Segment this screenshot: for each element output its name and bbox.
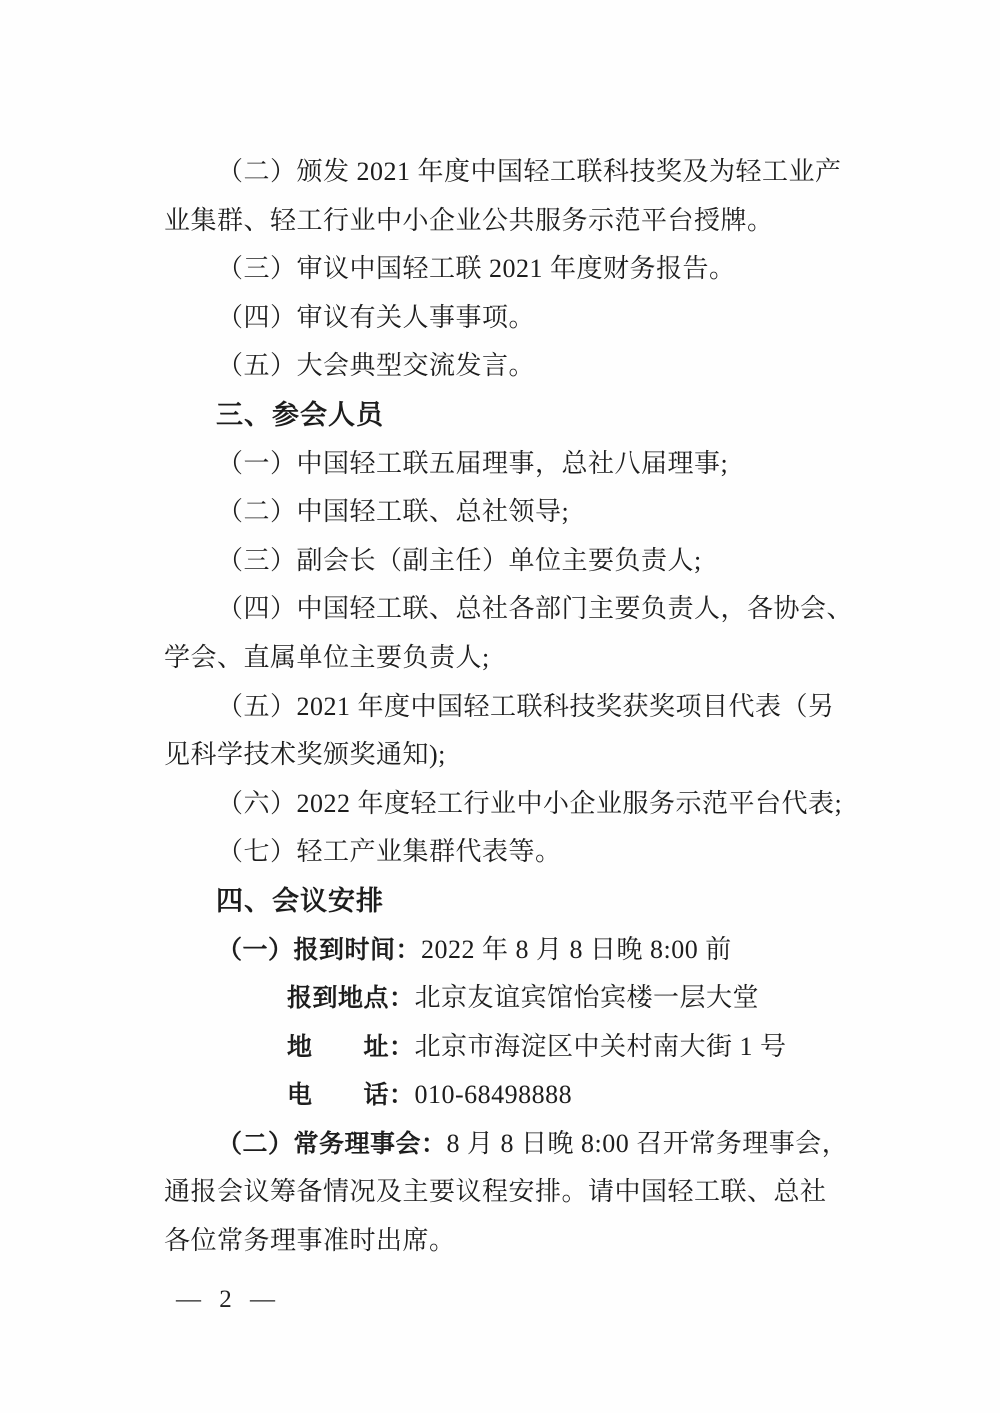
text-line: （二）中国轻工联、总社领导;	[164, 488, 884, 537]
text-line: 地 址：北京市海淀区中关村南大街 1 号	[164, 1023, 884, 1072]
line-text: 学会、直属单位主要负责人;	[164, 643, 490, 672]
line-text: （六）2022 年度轻工行业中小企业服务示范平台代表;	[217, 789, 842, 818]
line-text: 见科学技术奖颁奖通知);	[164, 740, 446, 769]
line-text: （二）中国轻工联、总社领导;	[217, 497, 569, 526]
text-line: （六）2022 年度轻工行业中小企业服务示范平台代表;	[164, 780, 884, 829]
line-text: 三、参会人员	[216, 400, 384, 430]
document-page: （二）颁发 2021 年度中国轻工联科技奖及为轻工业产业集群、轻工行业中小企业公…	[0, 0, 1000, 1413]
line-text: （一）中国轻工联五届理事，总社八届理事;	[217, 449, 728, 478]
section-heading: 三、参会人员	[164, 391, 884, 440]
line-text: （五）大会典型交流发言。	[217, 351, 535, 380]
line-label: 电 话：	[287, 1081, 415, 1109]
text-line: 见科学技术奖颁奖通知);	[164, 731, 884, 780]
line-text: （三）审议中国轻工联 2021 年度财务报告。	[217, 254, 736, 283]
line-text: （五）2021 年度中国轻工联科技奖获奖项目代表（另	[217, 692, 835, 721]
text-line: （一）报到时间：2022 年 8 月 8 日晚 8:00 前	[164, 926, 884, 975]
line-label: 报到地点：	[287, 984, 415, 1012]
line-label: 地 址：	[287, 1033, 415, 1061]
text-line: 学会、直属单位主要负责人;	[164, 634, 884, 683]
text-line: （三）审议中国轻工联 2021 年度财务报告。	[164, 245, 884, 294]
line-text: 北京市海淀区中关村南大街 1 号	[415, 1032, 787, 1061]
text-line: （二）常务理事会：8 月 8 日晚 8:00 召开常务理事会，	[164, 1120, 884, 1169]
text-line: （一）中国轻工联五届理事，总社八届理事;	[164, 440, 884, 489]
text-line: （四）审议有关人事事项。	[164, 294, 884, 343]
text-line: （五）2021 年度中国轻工联科技奖获奖项目代表（另	[164, 683, 884, 732]
line-text: （二）颁发 2021 年度中国轻工联科技奖及为轻工业产	[217, 157, 842, 186]
line-text: 四、会议安排	[216, 886, 384, 916]
line-text: 2022 年 8 月 8 日晚 8:00 前	[421, 935, 732, 964]
line-text: 8 月 8 日晚 8:00 召开常务理事会，	[447, 1129, 849, 1158]
line-text: （三）副会长（副主任）单位主要负责人;	[217, 546, 702, 575]
text-line: 各位常务理事准时出席。	[164, 1217, 884, 1266]
text-line: （二）颁发 2021 年度中国轻工联科技奖及为轻工业产	[164, 148, 884, 197]
text-line: 通报会议筹备情况及主要议程安排。请中国轻工联、总社	[164, 1168, 884, 1217]
document-body: （二）颁发 2021 年度中国轻工联科技奖及为轻工业产业集群、轻工行业中小企业公…	[164, 148, 884, 1266]
line-text: 通报会议筹备情况及主要议程安排。请中国轻工联、总社	[164, 1177, 827, 1206]
line-text: 北京友谊宾馆怡宾楼一层大堂	[415, 983, 760, 1012]
text-line: 电 话：010-68498888	[164, 1071, 884, 1120]
line-text: 010-68498888	[415, 1080, 573, 1109]
line-text: 业集群、轻工行业中小企业公共服务示范平台授牌。	[164, 206, 774, 235]
section-heading: 四、会议安排	[164, 877, 884, 926]
line-label: （一）报到时间：	[217, 936, 421, 964]
line-text: （七）轻工产业集群代表等。	[217, 837, 562, 866]
text-line: （五）大会典型交流发言。	[164, 342, 884, 391]
line-text: （四）中国轻工联、总社各部门主要负责人，各协会、	[217, 594, 853, 623]
text-line: （三）副会长（副主任）单位主要负责人;	[164, 537, 884, 586]
line-text: 各位常务理事准时出席。	[164, 1226, 456, 1255]
text-line: （四）中国轻工联、总社各部门主要负责人，各协会、	[164, 585, 884, 634]
text-line: （七）轻工产业集群代表等。	[164, 828, 884, 877]
text-line: 业集群、轻工行业中小企业公共服务示范平台授牌。	[164, 197, 884, 246]
page-number: — 2 —	[176, 1284, 281, 1316]
text-line: 报到地点：北京友谊宾馆怡宾楼一层大堂	[164, 974, 884, 1023]
line-text: （四）审议有关人事事项。	[217, 303, 535, 332]
line-label: （二）常务理事会：	[217, 1130, 447, 1158]
